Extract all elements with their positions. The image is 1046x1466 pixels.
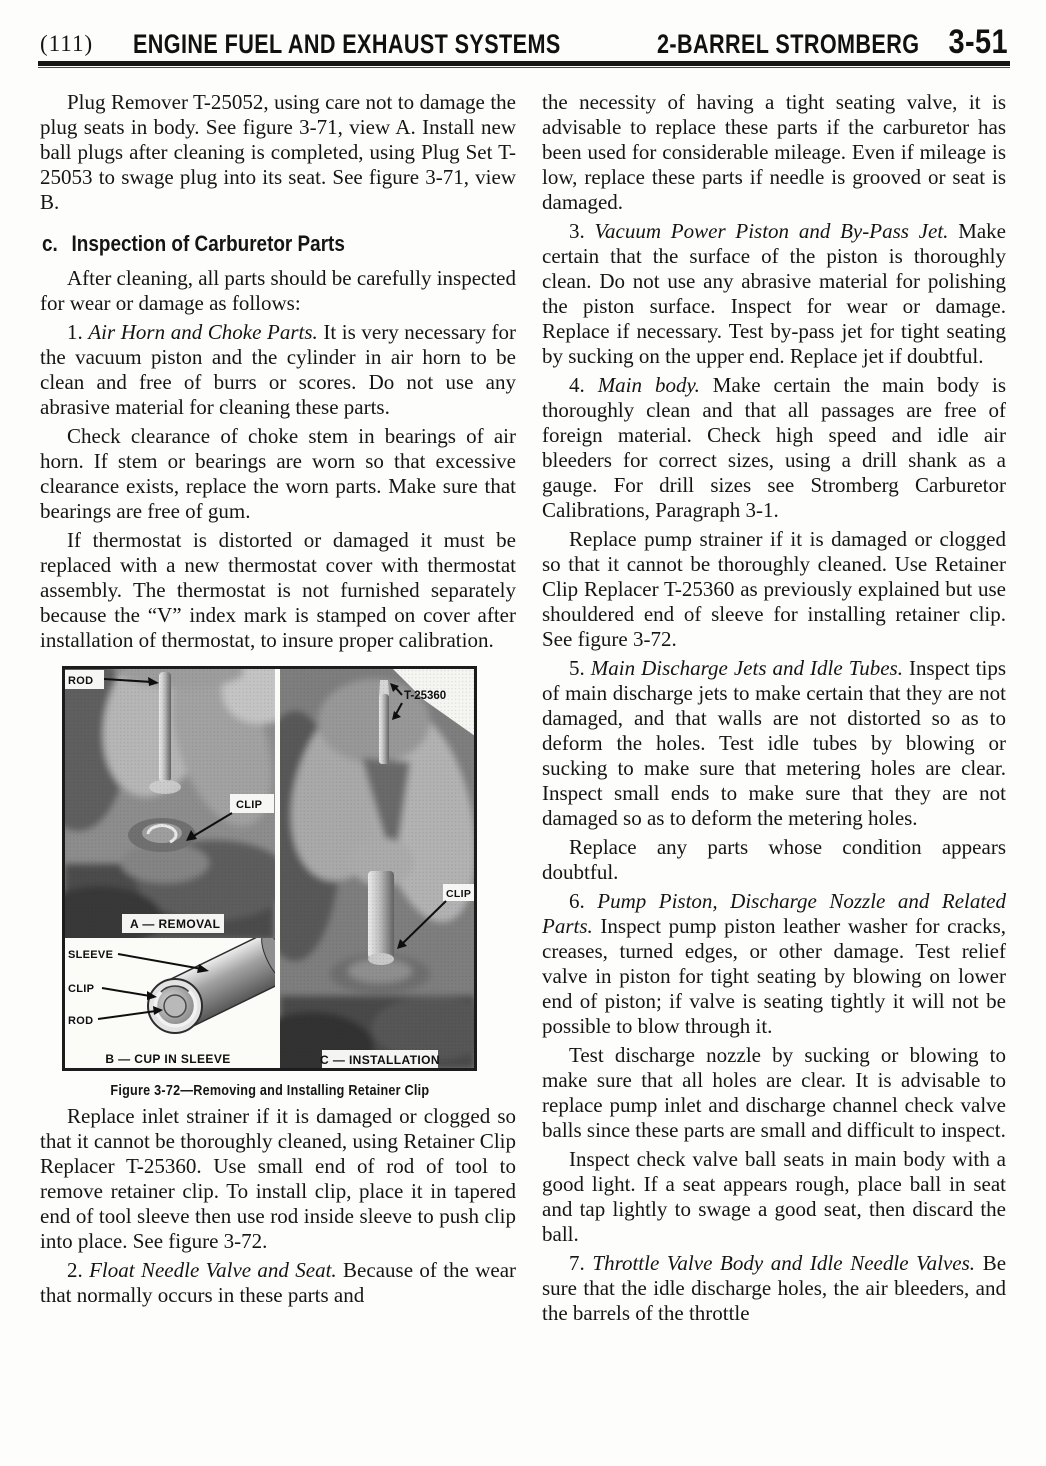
- para-after-cleaning: After cleaning, all parts should be care…: [40, 266, 516, 316]
- item-3-vacuum-piston: 3. Vacuum Power Piston and By-Pass Jet. …: [542, 219, 1006, 369]
- panel-b-rod-label: ROD: [68, 1015, 93, 1027]
- item-title: Main body.: [598, 373, 700, 397]
- item-title: Air Horn and Choke Parts.: [88, 320, 317, 344]
- left-column: Plug Remover T-25052, using care not to …: [40, 90, 516, 1308]
- item-4-main-body: 4. Main body. Make certain the main body…: [542, 373, 1006, 523]
- para-plug-remover: Plug Remover T-25052, using care not to …: [40, 90, 516, 215]
- para-check-clearance: Check clearance of choke stem in bearing…: [40, 424, 516, 524]
- item-5-discharge-jets: 5. Main Discharge Jets and Idle Tubes. I…: [542, 656, 1006, 831]
- para-thermostat: If thermostat is distorted or damaged it…: [40, 528, 516, 653]
- para-test-nozzle: Test discharge nozzle by sucking or blow…: [542, 1043, 1006, 1143]
- item-number: 6.: [569, 889, 585, 913]
- figure-image: ROD CLIP A — REMOVAL: [62, 666, 477, 1071]
- right-column: the necessity of having a tight seating …: [542, 90, 1006, 1326]
- section-heading-c: c.Inspection of Carburetor Parts: [42, 231, 450, 257]
- header-title-right: 2-BARREL STROMBERG: [657, 29, 919, 60]
- para-pump-strainer: Replace pump strainer if it is damaged o…: [542, 527, 1006, 652]
- item-title: Float Needle Valve and Seat.: [89, 1258, 337, 1282]
- header-title-left: ENGINE FUEL AND EXHAUST SYSTEMS: [133, 29, 561, 60]
- item-number: 3.: [569, 219, 585, 243]
- panel-a-caption: A — REMOVAL: [130, 917, 220, 931]
- item-title: Main Discharge Jets and Idle Tubes.: [591, 656, 903, 680]
- panel-b-sleeve-label: SLEEVE: [68, 949, 113, 961]
- panel-b-cup-in-sleeve: SLEEVE CLIP ROD B — CUP IN SLEEVE: [64, 930, 295, 1069]
- item-title: Throttle Valve Body and Idle Needle Valv…: [592, 1251, 975, 1275]
- para-replace-doubtful: Replace any parts whose condition appear…: [542, 835, 1006, 885]
- item-number: 7.: [569, 1251, 585, 1275]
- item-2-float-needle: 2. Float Needle Valve and Seat. Because …: [40, 1258, 516, 1308]
- para-inspect-seats: Inspect check valve ball seats in main b…: [542, 1147, 1006, 1247]
- item-number: 4.: [569, 373, 585, 397]
- para-necessity: the necessity of having a tight seating …: [542, 90, 1006, 215]
- page-ref: (111): [40, 31, 93, 57]
- item-6-pump-piston: 6. Pump Piston, Discharge Nozzle and Rel…: [542, 889, 1006, 1039]
- figure-caption: Figure 3-72—Removing and Installing Reta…: [62, 1082, 477, 1100]
- panel-c-installation: T-25360 CLIP C — INSTALLATION: [249, 668, 477, 1071]
- panel-divider: [275, 668, 280, 1069]
- manual-page: (111) ENGINE FUEL AND EXHAUST SYSTEMS 2-…: [0, 0, 1046, 1466]
- item-1-air-horn: 1. Air Horn and Choke Parts. It is very …: [40, 320, 516, 420]
- figure-caption-text: Figure 3-72—Removing and Installing Reta…: [110, 1082, 429, 1099]
- panel-a-rod-label: ROD: [68, 675, 93, 687]
- section-letter: c.: [42, 231, 58, 256]
- item-7-throttle-body: 7. Throttle Valve Body and Idle Needle V…: [542, 1251, 1006, 1326]
- item-number: 5.: [569, 656, 585, 680]
- panel-b-caption: B — CUP IN SLEEVE: [105, 1052, 230, 1066]
- panel-a-clip-label: CLIP: [236, 799, 262, 811]
- page-number: 3-51: [948, 23, 1008, 62]
- panel-b-clip-label: CLIP: [68, 983, 94, 995]
- item-text: Inspect pump piston leather washer for c…: [542, 914, 1006, 1038]
- item-number: 2.: [67, 1258, 83, 1282]
- item-number: 1.: [67, 320, 83, 344]
- figure-3-72: ROD CLIP A — REMOVAL: [62, 666, 477, 1100]
- para-replace-strainer: Replace inlet strainer if it is damaged …: [40, 1104, 516, 1254]
- rod-end-shape: [164, 995, 186, 1017]
- section-title: Inspection of Carburetor Parts: [72, 231, 345, 256]
- panel-c-caption: C — INSTALLATION: [320, 1053, 440, 1067]
- panel-c-tool-label: T-25360: [404, 690, 446, 702]
- panel-c-clip-label: CLIP: [446, 888, 471, 900]
- item-title: Vacuum Power Piston and By-Pass Jet.: [595, 219, 949, 243]
- panel-a-removal: ROD CLIP A — REMOVAL: [62, 666, 298, 950]
- header-rule: [38, 61, 1010, 66]
- item-text: Inspect tips of main discharge jets to m…: [542, 656, 1006, 830]
